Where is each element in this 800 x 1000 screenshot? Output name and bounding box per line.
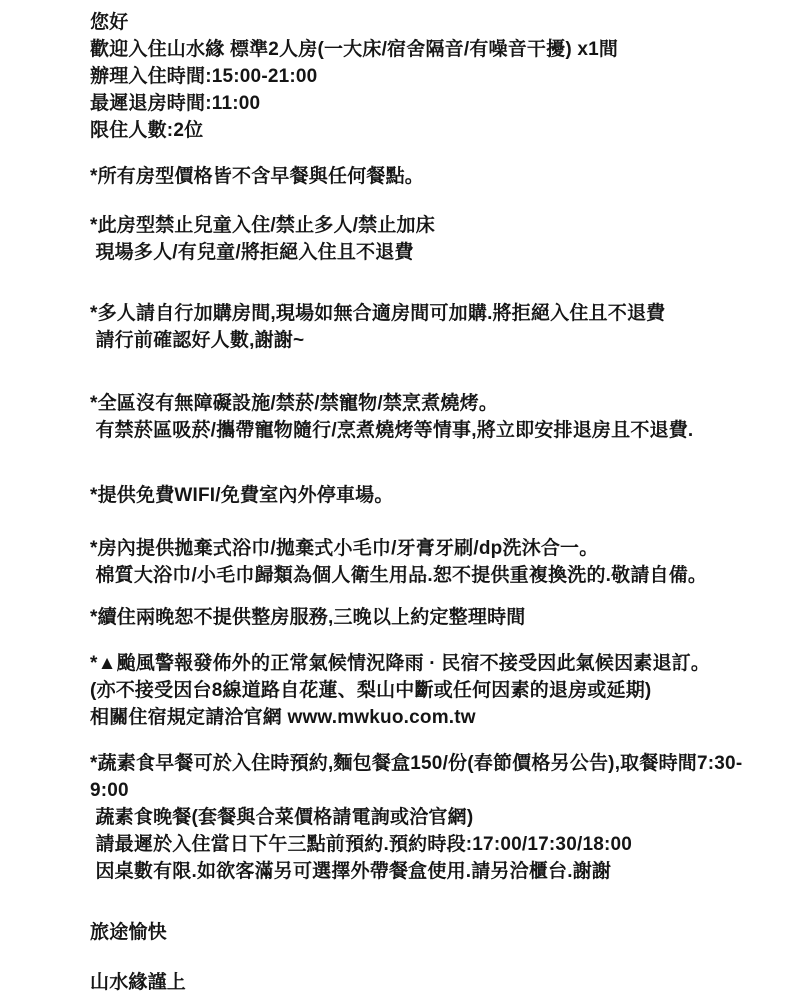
checkin-time: 辦理入住時間:15:00-21:00 <box>90 63 760 90</box>
note-meal-booking: *蔬素食早餐可於入住時預約,麵包餐盒150/份(春節價格另公告),取餐時間7:3… <box>90 750 760 885</box>
note-housekeeping-line: *續住兩晚恕不提供整房服務,三晚以上約定整理時間 <box>90 604 760 631</box>
welcome-room-info: 歡迎入住山水緣 標準2人房(一大床/宿舍隔音/有噪音干擾) x1間 <box>90 36 760 63</box>
note-amenities-line-1: *房內提供拋棄式浴巾/拋棄式小毛巾/牙膏牙刷/dp洗沐合一。 <box>90 535 760 562</box>
hotel-welcome-notice: 您好 歡迎入住山水緣 標準2人房(一大床/宿舍隔音/有噪音干擾) x1間 辦理入… <box>0 0 800 1000</box>
note-no-meals-line: *所有房型價格皆不含早餐與任何餐點。 <box>90 163 760 190</box>
note-no-meals: *所有房型價格皆不含早餐與任何餐點。 <box>90 163 760 190</box>
note-extra-guests-line-2: 請行前確認好人數,謝謝~ <box>90 327 760 354</box>
note-housekeeping: *續住兩晚恕不提供整房服務,三晚以上約定整理時間 <box>90 604 760 631</box>
signature: 山水緣謹上 <box>90 969 760 996</box>
note-room-restrictions-line-2: 現場多人/有兒童/將拒絕入住且不退費 <box>90 239 760 266</box>
note-meal-booking-line-4: 因桌數有限.如欲客滿另可選擇外帶餐盒使用.請另洽櫃台.謝謝 <box>90 858 760 885</box>
note-facility-rules: *全區沒有無障礙設施/禁菸/禁寵物/禁烹煮燒烤。 有禁菸區吸菸/攜帶寵物隨行/烹… <box>90 390 760 444</box>
occupancy-limit: 限住人數:2位 <box>90 117 760 144</box>
note-wifi-parking-line: *提供免費WIFI/免費室內外停車場。 <box>90 482 760 509</box>
note-meal-booking-line-3: 請最遲於入住當日下午三點前預約.預約時段:17:00/17:30/18:00 <box>90 831 760 858</box>
signature-line: 山水緣謹上 <box>90 969 760 996</box>
note-weather-policy-line-2: (亦不接受因台8線道路自花蓮、梨山中斷或任何因素的退房或延期) <box>90 677 760 704</box>
note-room-restrictions-line-1: *此房型禁止兒童入住/禁止多人/禁止加床 <box>90 212 760 239</box>
note-meal-booking-line-2: 蔬素食晚餐(套餐與合菜價格請電詢或洽官網) <box>90 804 760 831</box>
closing-wish-line: 旅途愉快 <box>90 919 760 946</box>
note-meal-booking-line-1: *蔬素食早餐可於入住時預約,麵包餐盒150/份(春節價格另公告),取餐時間7:3… <box>90 750 760 804</box>
note-weather-policy-line-3: 相關住宿規定請洽官網 www.mwkuo.com.tw <box>90 704 760 731</box>
note-extra-guests: *多人請自行加購房間,現場如無合適房間可加購.將拒絕入住且不退費 請行前確認好人… <box>90 300 760 354</box>
note-extra-guests-line-1: *多人請自行加購房間,現場如無合適房間可加購.將拒絕入住且不退費 <box>90 300 760 327</box>
checkout-time: 最遲退房時間:11:00 <box>90 90 760 117</box>
closing-wish: 旅途愉快 <box>90 919 760 946</box>
note-wifi-parking: *提供免費WIFI/免費室內外停車場。 <box>90 482 760 509</box>
note-facility-rules-line-2: 有禁菸區吸菸/攜帶寵物隨行/烹煮燒烤等情事,將立即安排退房且不退費. <box>90 417 760 444</box>
note-amenities-line-2: 棉質大浴巾/小毛巾歸類為個人衛生用品.恕不提供重複換洗的.敬請自備。 <box>90 562 760 589</box>
note-weather-policy: *▲颱風警報發佈外的正常氣候情況降雨 · 民宿不接受因此氣候因素退訂。 (亦不接… <box>90 650 760 731</box>
greeting-block: 您好 歡迎入住山水緣 標準2人房(一大床/宿舍隔音/有噪音干擾) x1間 辦理入… <box>90 9 760 144</box>
note-facility-rules-line-1: *全區沒有無障礙設施/禁菸/禁寵物/禁烹煮燒烤。 <box>90 390 760 417</box>
note-room-restrictions: *此房型禁止兒童入住/禁止多人/禁止加床 現場多人/有兒童/將拒絕入住且不退費 <box>90 212 760 266</box>
note-amenities: *房內提供拋棄式浴巾/拋棄式小毛巾/牙膏牙刷/dp洗沐合一。 棉質大浴巾/小毛巾… <box>90 535 760 589</box>
greeting: 您好 <box>90 9 760 36</box>
note-weather-policy-line-1: *▲颱風警報發佈外的正常氣候情況降雨 · 民宿不接受因此氣候因素退訂。 <box>90 650 760 677</box>
